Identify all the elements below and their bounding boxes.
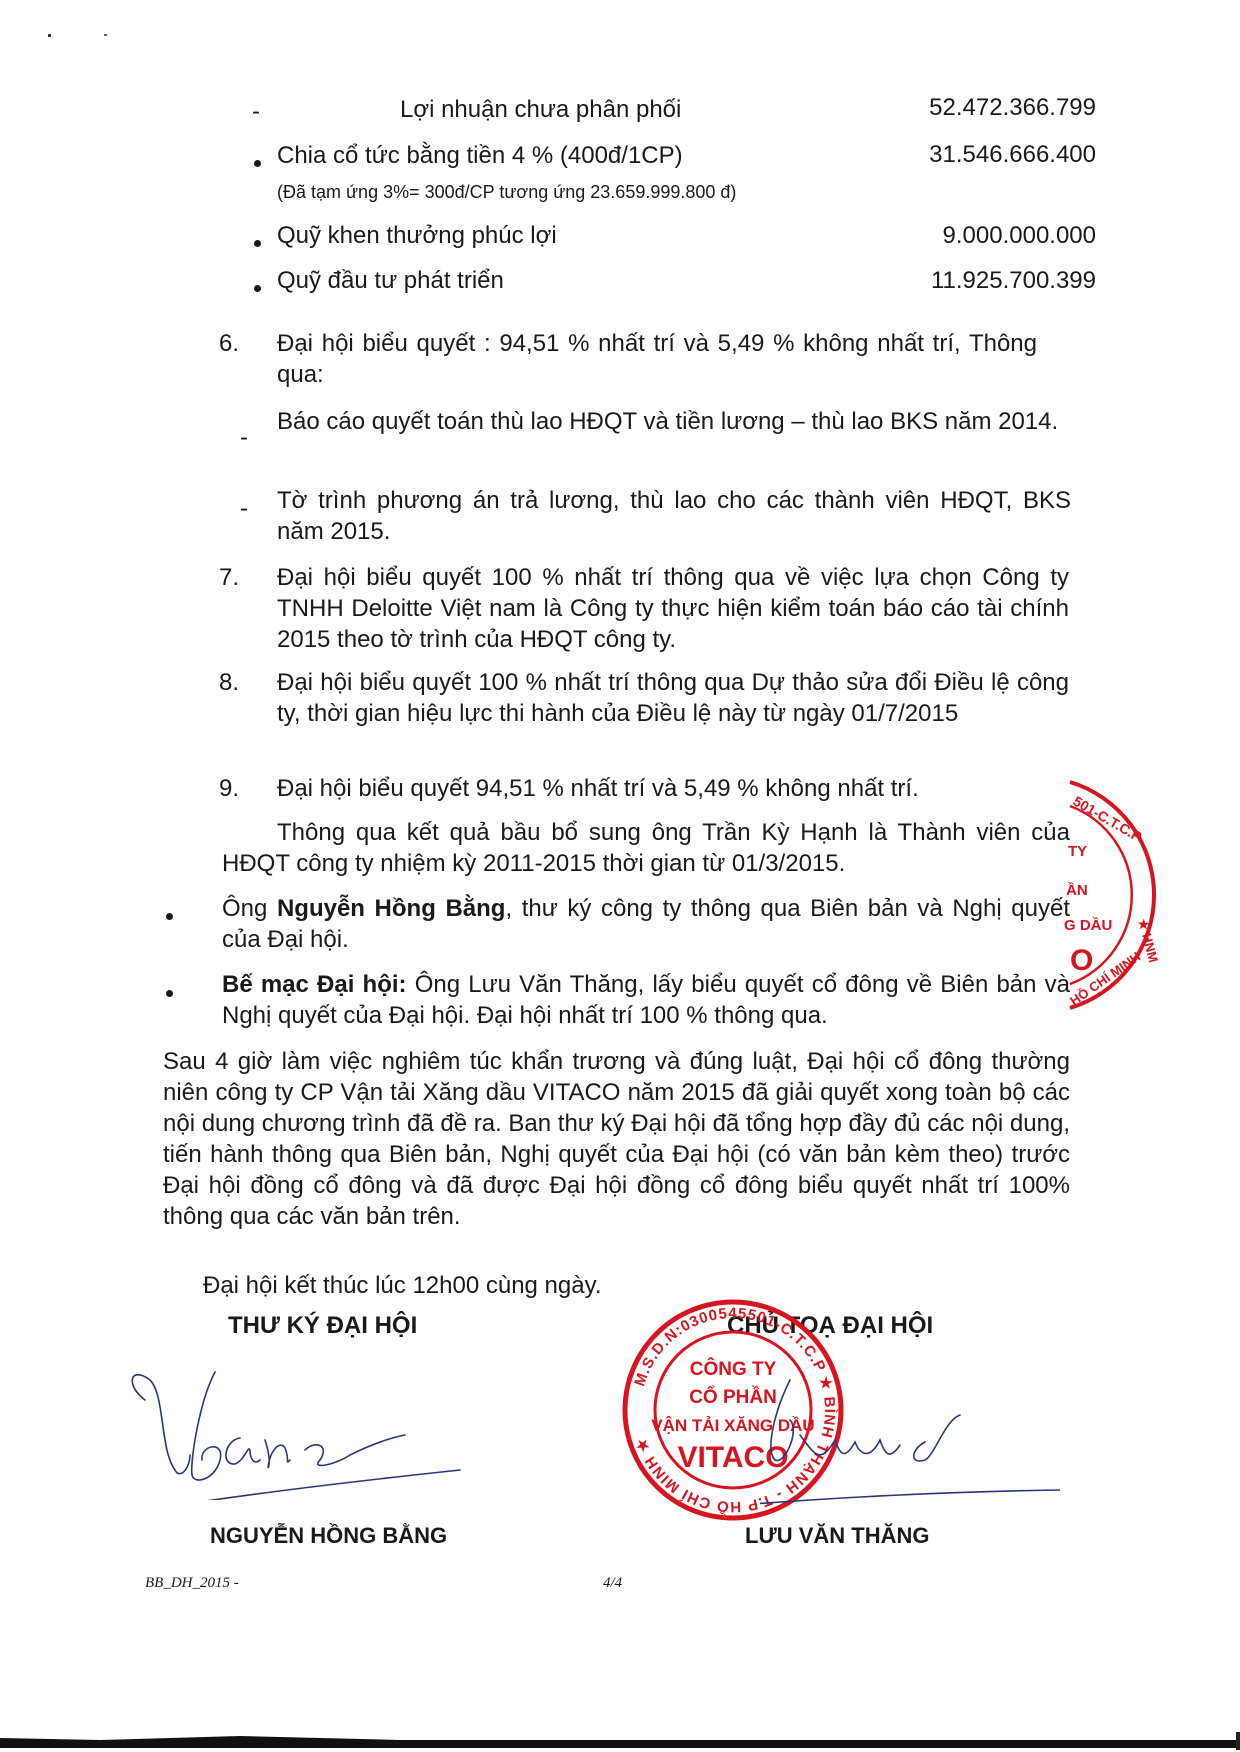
dash-marker: -	[252, 96, 260, 127]
welfare-fund-label: Quỹ khen thưởng phúc lợi	[277, 220, 557, 251]
bullet-text: Bế mạc Đại hội: Ông Lưu Văn Thăng, lấy b…	[222, 969, 1070, 1031]
development-fund-value: 11.925.700.399	[931, 265, 1096, 296]
secretary-title: THƯ KÝ ĐẠI HỘI	[228, 1312, 417, 1340]
closing-line: Đại hội kết thúc lúc 12h00 cùng ngày.	[203, 1270, 601, 1301]
profit-value: 52.472.366.799	[929, 92, 1096, 123]
scan-speck	[48, 34, 51, 37]
closing-heading: Bế mạc Đại hội:	[222, 971, 407, 998]
profit-label: Lợi nhuận chưa phân phối	[400, 94, 681, 125]
welfare-fund-value: 9.000.000.000	[943, 220, 1096, 251]
svg-text:TY: TY	[1068, 843, 1087, 860]
dash-marker: -	[240, 422, 248, 453]
svg-text:ẦN: ẦN	[1066, 882, 1088, 899]
svg-text:G DẦU: G DẦU	[1064, 917, 1112, 934]
bullet-icon	[254, 285, 261, 292]
bullet-icon	[166, 990, 173, 997]
document-code: BB_DH_2015 -	[145, 1575, 239, 1592]
item-text: Đại hội biểu quyết 100 % nhất trí thông …	[277, 667, 1069, 729]
svg-text:O: O	[1070, 944, 1093, 977]
item-number: 9.	[219, 773, 239, 804]
scan-speck	[104, 34, 107, 36]
bullet-icon	[254, 240, 261, 247]
item-number: 8.	[219, 667, 239, 698]
scan-bottom-edge	[0, 1730, 1240, 1752]
bullet-text: Ông Nguyễn Hồng Bằng, thư ký công ty thô…	[222, 893, 1070, 955]
page-number: 4/4	[603, 1575, 622, 1592]
dividend-note: (Đã tạm ứng 3%= 300đ/CP tương ứng 23.659…	[277, 180, 736, 204]
chairman-name: LƯU VĂN THĂNG	[745, 1523, 929, 1549]
bullet-icon	[166, 913, 173, 920]
secretary-name: Nguyễn Hồng Bằng	[277, 895, 506, 922]
edge-stamp: 501-C.T.C.P ★ HNM TY ẦN G DẦU O HỒ CHÍ M…	[1060, 770, 1170, 1020]
sub-item-text: Báo cáo quyết toán thù lao HĐQT và tiền …	[277, 406, 1069, 437]
item-number: 6.	[219, 328, 239, 359]
item-detail: Thông qua kết quả bầu bổ sung ông Trần K…	[222, 817, 1070, 879]
chairman-signature	[760, 1360, 1060, 1510]
secretary-signature	[120, 1360, 480, 1500]
dividend-label: Chia cổ tức bằng tiền 4 % (400đ/1CP)	[277, 140, 683, 171]
sub-item-text: Tờ trình phương án trả lương, thù lao ch…	[277, 485, 1071, 547]
development-fund-label: Quỹ đầu tư phát triển	[277, 265, 504, 296]
item-text: Đại hội biểu quyết 100 % nhất trí thông …	[277, 562, 1069, 655]
conclusion-paragraph: Sau 4 giờ làm việc nghiêm túc khẩn trươn…	[163, 1046, 1070, 1232]
dash-marker: -	[240, 493, 248, 524]
dividend-value: 31.546.666.400	[929, 139, 1096, 170]
bullet-icon	[254, 160, 261, 167]
bullet-prefix: Ông	[222, 895, 277, 922]
item-text: Đại hội biểu quyết 94,51 % nhất trí và 5…	[277, 773, 919, 804]
secretary-name: NGUYỄN HỒNG BẰNG	[210, 1523, 447, 1549]
item-number: 7.	[219, 562, 239, 593]
item-text: Đại hội biểu quyết : 94,51 % nhất trí và…	[277, 328, 1037, 390]
